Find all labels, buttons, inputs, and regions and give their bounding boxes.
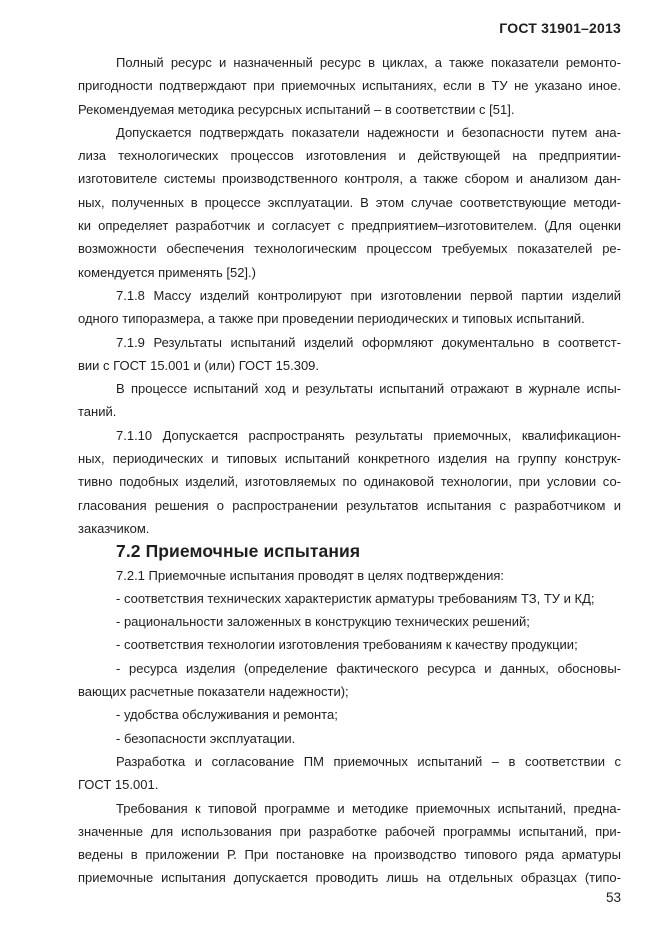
list-item-line: - безопасности эксплуатации. [78, 727, 621, 750]
text-line: возможности обеспечения технологическим … [78, 237, 621, 260]
text-line: заказчиком. [78, 517, 621, 540]
section-heading: 7.2 Приемочные испытания [78, 540, 621, 563]
text-line: Требования к типовой программе и методик… [78, 797, 621, 820]
document-page: ГОСТ 31901–2013 Полный ресурс и назначен… [0, 0, 661, 935]
text-line: лиза технологических процессов изготовле… [78, 144, 621, 167]
text-line: комендуется применять [52].) [78, 261, 621, 284]
text-line: Допускается подтверждать показатели наде… [78, 121, 621, 144]
text-line: 7.1.10 Допускается распространять резуль… [78, 424, 621, 447]
text-line: 7.2.1 Приемочные испытания проводят в це… [78, 564, 621, 587]
list-item-line: - соответствия технологии изготовления т… [78, 633, 621, 656]
text-line: значенные для использования при разработ… [78, 820, 621, 843]
text-line: ведены в приложении Р. При постановке на… [78, 843, 621, 866]
text-line: приемочные испытания допускается проводи… [78, 866, 621, 889]
text-line: 7.1.8 Массу изделий контролируют при изг… [78, 284, 621, 307]
page-number: 53 [606, 890, 621, 905]
text-line: одного типоразмера, а также при проведен… [78, 307, 621, 330]
text-line: ных, полученных в процессе эксплуатации.… [78, 191, 621, 214]
text-line: ных, периодических и типовых испытаний к… [78, 447, 621, 470]
text-line: Разработка и согласование ПМ приемочных … [78, 750, 621, 773]
text-line: Полный ресурс и назначенный ресурс в цик… [78, 51, 621, 74]
text-line: гласования решения о распространении рез… [78, 494, 621, 517]
text-line: пригодности подтверждают при приемочных … [78, 74, 621, 97]
list-item-line: - соответствия технических характеристик… [78, 587, 621, 610]
list-item-line: - удобства обслуживания и ремонта; [78, 703, 621, 726]
text-line: 7.1.9 Результаты испытаний изделий оформ… [78, 331, 621, 354]
text-line: изготовителе системы производственного к… [78, 167, 621, 190]
list-item-line: вающих расчетные показатели надежности); [78, 680, 621, 703]
list-item-line: - рациональности заложенных в конструкци… [78, 610, 621, 633]
text-line: ГОСТ 15.001. [78, 773, 621, 796]
list-item-line: - ресурса изделия (определение фактическ… [78, 657, 621, 680]
text-line: тивно подобных изделий, изготовляемых по… [78, 470, 621, 493]
text-line: таний. [78, 400, 621, 423]
text-line: ки определяет разработчик и согласует с … [78, 214, 621, 237]
text-line: Рекомендуемая методика ресурсных испытан… [78, 98, 621, 121]
document-body: Полный ресурс и назначенный ресурс в цик… [78, 51, 621, 890]
text-line: В процессе испытаний ход и результаты ис… [78, 377, 621, 400]
document-code-header: ГОСТ 31901–2013 [78, 20, 621, 36]
text-line: вии с ГОСТ 15.001 и (или) ГОСТ 15.309. [78, 354, 621, 377]
